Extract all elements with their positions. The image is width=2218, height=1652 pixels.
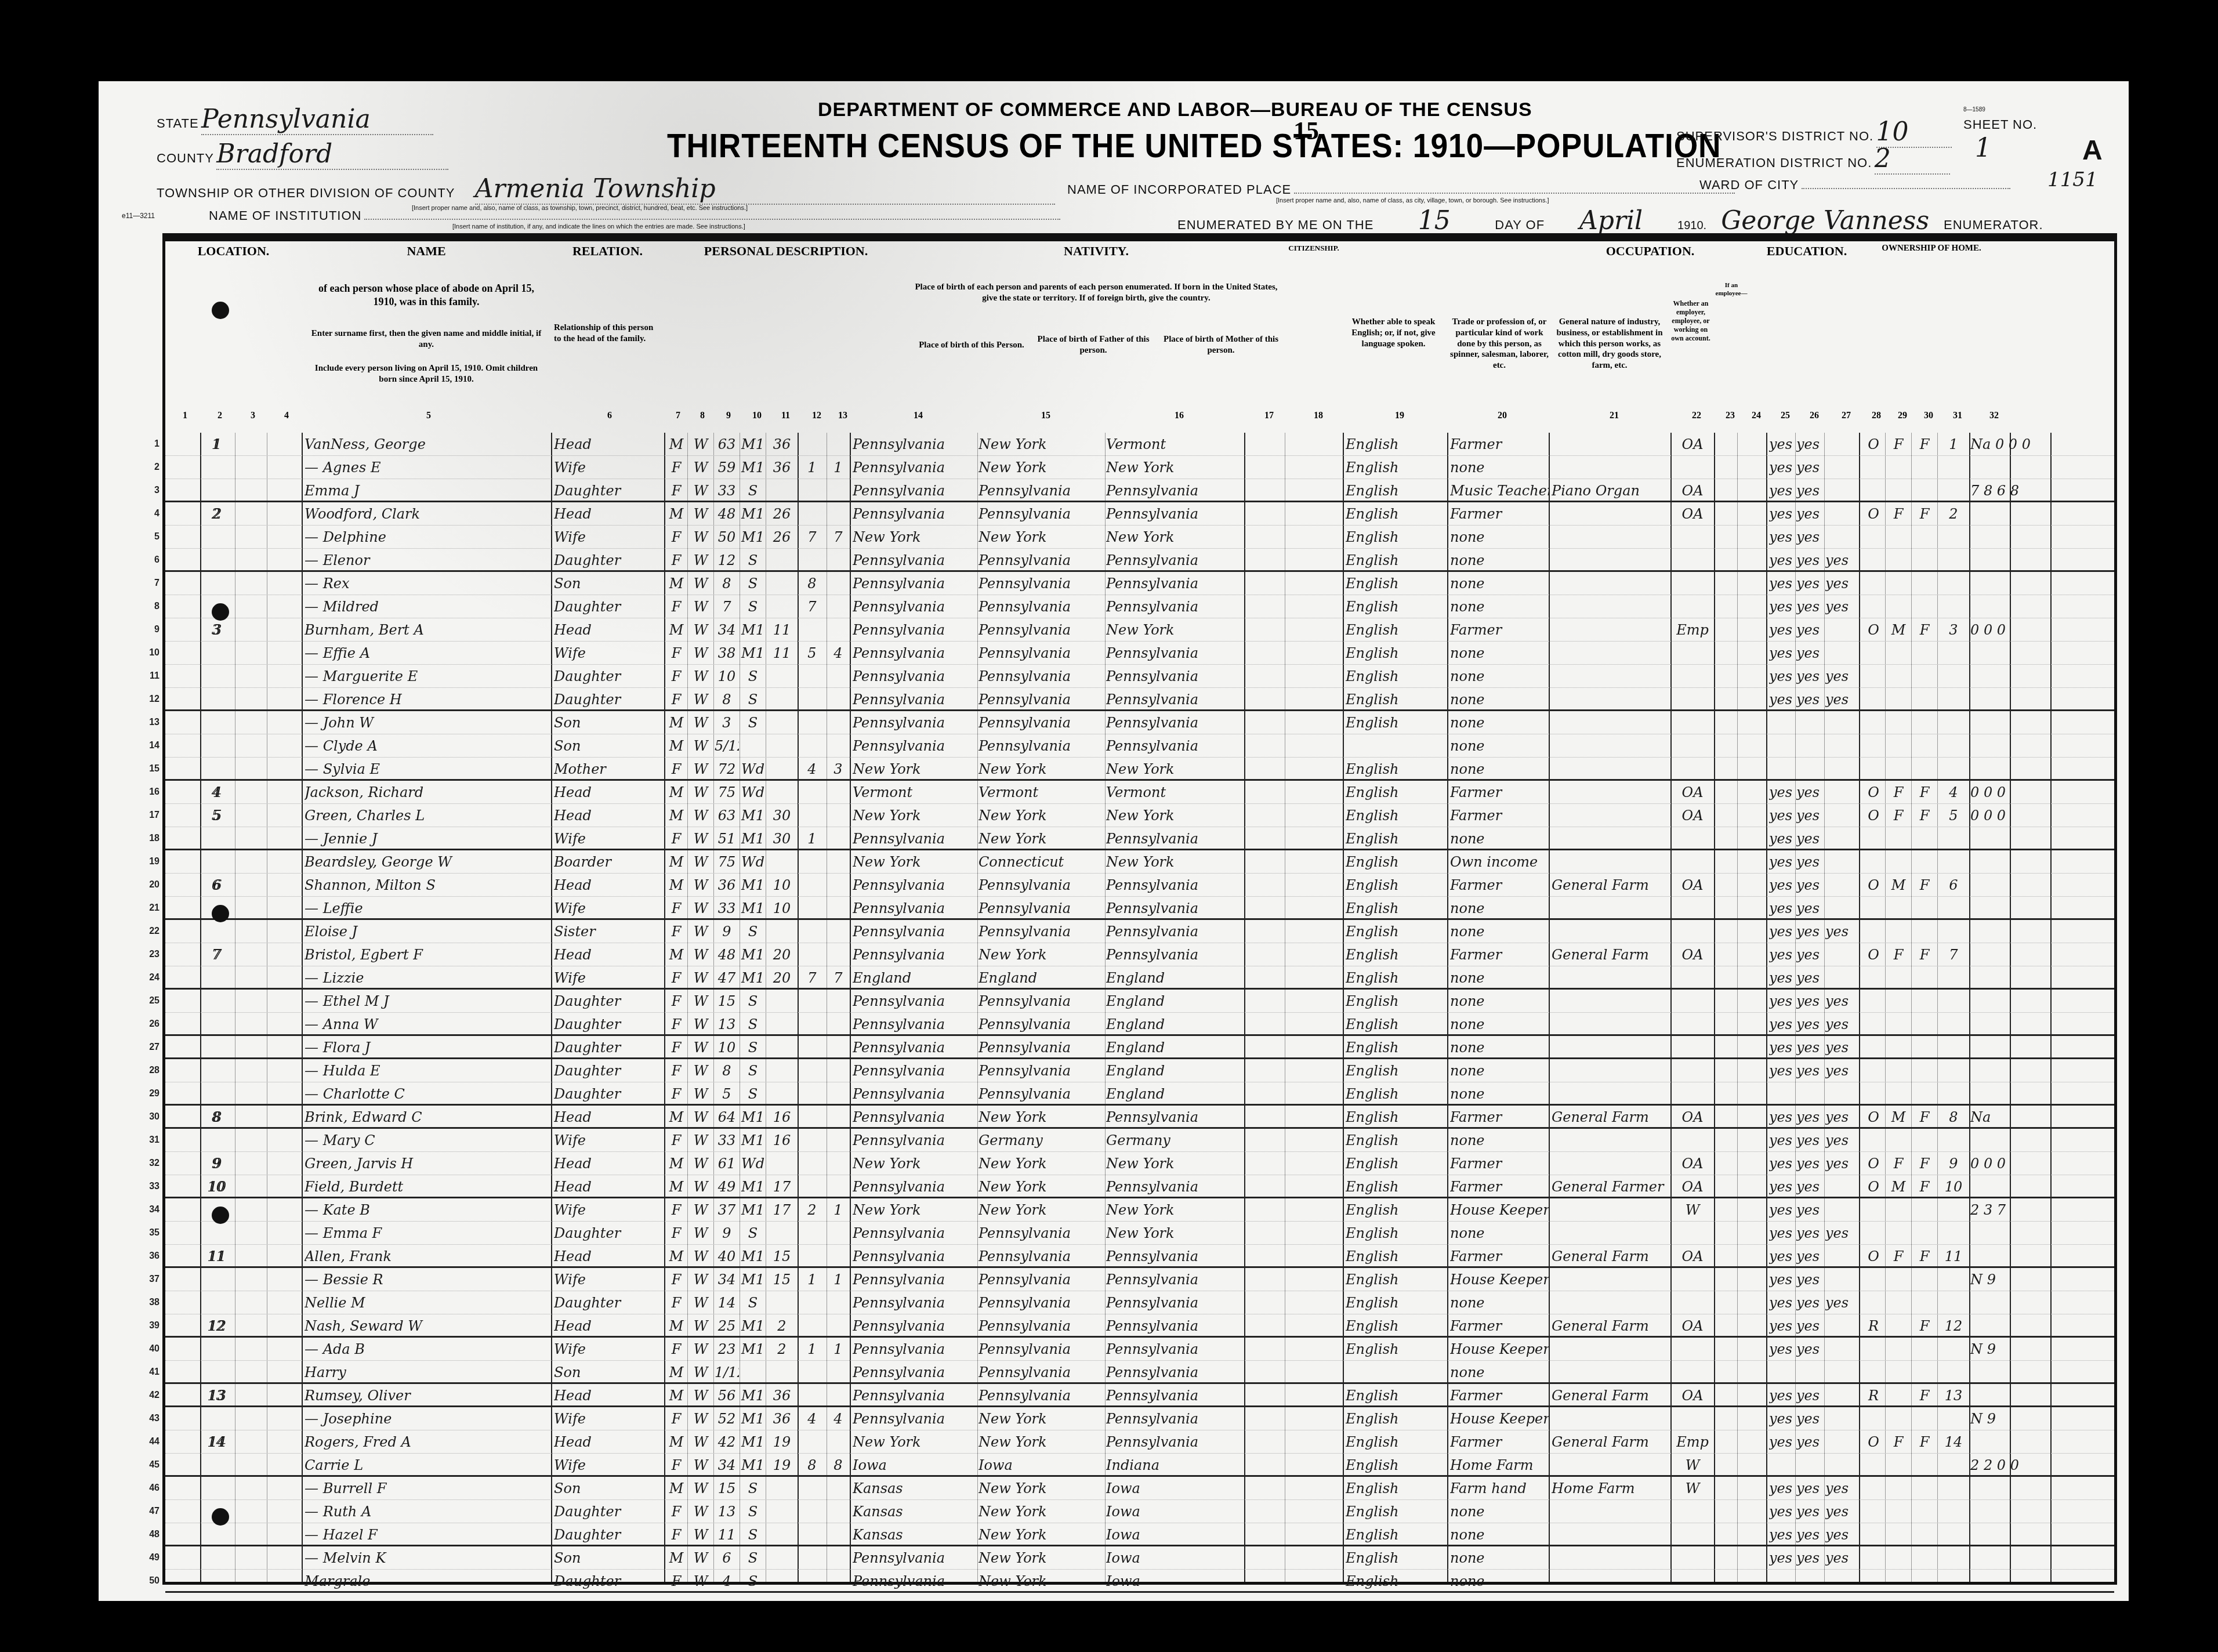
column-number: 16 — [1175, 411, 1184, 421]
cell-born — [799, 433, 825, 453]
census-sheet: State Pennsylvania County Bradford Towns… — [99, 81, 2129, 1601]
table-row: 46— Burrell FSonMW15SKansasNew YorkIowaE… — [165, 1477, 2114, 1500]
cell-sex: F — [665, 920, 687, 940]
cell-read: yes — [1769, 433, 1795, 453]
cell-own — [1862, 1454, 1885, 1474]
cell-marital: M1 — [741, 1268, 765, 1288]
cell-bp: Pennsylvania — [853, 642, 977, 662]
cell-emp — [1672, 595, 1713, 615]
cell-sched — [1939, 1036, 1968, 1056]
cell-industry: General Farm — [1552, 1245, 1670, 1265]
cell-bpf: Pennsylvania — [978, 595, 1103, 615]
cell-family — [200, 1222, 232, 1242]
binder-hole — [212, 302, 229, 319]
cell-born: 8 — [799, 572, 825, 592]
cell-bp: Pennsylvania — [853, 1291, 977, 1312]
cell-own: O — [1862, 502, 1885, 523]
cell-bpf: New York — [978, 1106, 1103, 1126]
cell-bpm: New York — [1106, 758, 1242, 778]
cell-bpm: England — [1106, 1082, 1242, 1103]
cell-read: yes — [1769, 1384, 1795, 1404]
cell-trade: House Keeper — [1450, 1338, 1549, 1358]
cell-own — [1862, 1361, 1885, 1381]
cell-age: 42 — [715, 1430, 739, 1451]
table-row: 11— Marguerite EDaughterFW10SPennsylvani… — [165, 665, 2114, 688]
cell-name: — Melvin K — [305, 1546, 548, 1567]
cell-bpf: Pennsylvania — [978, 1338, 1103, 1358]
cell-sex: F — [665, 1291, 687, 1312]
cell-own: O — [1862, 1106, 1885, 1126]
cell-name: — Anna W — [305, 1013, 548, 1033]
cell-living — [828, 711, 849, 731]
cell-trade: none — [1450, 1500, 1549, 1520]
cell-trade: none — [1450, 734, 1549, 755]
cell-yrs: 2 — [767, 1314, 797, 1335]
cell-farm: F — [1912, 1175, 1937, 1195]
cell-trade: Farmer — [1450, 1106, 1549, 1126]
cell-emp — [1672, 665, 1713, 685]
cell-bpm: England — [1106, 1059, 1242, 1079]
cell-read: yes — [1769, 502, 1795, 523]
cell-trade: House Keeper — [1450, 1268, 1549, 1288]
cell-school: yes — [1825, 1013, 1859, 1033]
cell-sex: F — [665, 966, 687, 987]
cell-race: W — [688, 642, 713, 662]
enumeration-number: 2 — [1875, 144, 1950, 175]
cell-relation: Head — [554, 618, 664, 639]
cell-farm — [1912, 1059, 1937, 1079]
cell-name: Jackson, Richard — [305, 781, 548, 801]
cell-name: — Emma F — [305, 1222, 548, 1242]
cell-yrs: 36 — [767, 433, 797, 453]
cell-free: F — [1887, 804, 1910, 824]
table-row: 421313Rumsey, OliverHeadMW56M136Pennsylv… — [165, 1384, 2114, 1407]
cell-race: W — [688, 549, 713, 569]
cell-sched — [1939, 850, 1968, 871]
cell-emp — [1672, 850, 1713, 871]
cell-living — [828, 433, 849, 453]
cell-bpf: Vermont — [978, 781, 1103, 801]
group-name: NAME — [302, 244, 551, 259]
line-number: 12 — [136, 688, 160, 711]
cell-sex: M — [665, 711, 687, 731]
cell-farm: F — [1912, 502, 1937, 523]
cell-name: Green, Jarvis H — [305, 1152, 548, 1172]
cell-race: W — [688, 1407, 713, 1428]
cell-emp — [1672, 1523, 1713, 1544]
language-header: Whether able to speak English; or, if no… — [1346, 317, 1441, 349]
cell-farm — [1912, 827, 1937, 847]
cell-bpm: Iowa — [1106, 1523, 1242, 1544]
cell-emp — [1672, 549, 1713, 569]
cell-marital — [741, 734, 765, 755]
cell-own — [1862, 1407, 1885, 1428]
cell-farm — [1912, 688, 1937, 708]
cell-family — [200, 1361, 232, 1381]
cell-read: yes — [1769, 526, 1795, 546]
cell-free — [1887, 966, 1910, 987]
cell-farm: F — [1912, 874, 1937, 894]
cell-bpm: Pennsylvania — [1106, 688, 1242, 708]
line-number: 16 — [136, 781, 160, 804]
cell-bpf: New York — [978, 433, 1103, 453]
cell-write — [1796, 758, 1824, 778]
cell-relation: Wife — [554, 1454, 664, 1474]
cell-trade: Farmer — [1450, 943, 1549, 963]
cell-race: W — [688, 595, 713, 615]
cell-lang: English — [1346, 966, 1447, 987]
cell-name: — Leffie — [305, 897, 548, 917]
cell-race: W — [688, 433, 713, 453]
line-number: 6 — [136, 549, 160, 572]
cell-name: — Rex — [305, 572, 548, 592]
cell-bpf: Pennsylvania — [978, 618, 1103, 639]
cell-race: W — [688, 1291, 713, 1312]
cell-race: W — [688, 456, 713, 476]
cell-bp: Kansas — [853, 1477, 977, 1497]
cell-emp — [1672, 758, 1713, 778]
cell-farm — [1912, 595, 1937, 615]
cell-own: O — [1862, 943, 1885, 963]
cell-free — [1887, 572, 1910, 592]
column-number: 25 — [1781, 411, 1790, 421]
cell-bpm: Pennsylvania — [1106, 1338, 1242, 1358]
cell-name: — Effie A — [305, 642, 548, 662]
cell-free — [1887, 1198, 1910, 1219]
cell-living — [828, 990, 849, 1010]
cell-yrs — [767, 990, 797, 1010]
column-number: 7 — [676, 411, 680, 421]
cell-school — [1825, 734, 1859, 755]
cell-yrs: 11 — [767, 642, 797, 662]
cell-living — [828, 1500, 849, 1520]
cell-sched — [1939, 1523, 1968, 1544]
cell-farm — [1912, 1036, 1937, 1056]
cell-school — [1825, 1338, 1859, 1358]
cell-industry — [1552, 549, 1670, 569]
cell-industry — [1552, 1570, 1670, 1590]
cell-yrs — [767, 595, 797, 615]
cell-trade: none — [1450, 688, 1549, 708]
cell-marital: S — [741, 549, 765, 569]
cell-family: 13 — [200, 1384, 232, 1404]
cell-industry — [1552, 502, 1670, 523]
cell-bpm: Pennsylvania — [1106, 874, 1242, 894]
cell-bpm: England — [1106, 966, 1242, 987]
cell-write: yes — [1796, 966, 1824, 987]
cell-marital: M1 — [741, 642, 765, 662]
cell-read: yes — [1769, 1175, 1795, 1195]
cell-living: 8 — [828, 1454, 849, 1474]
cell-born — [799, 688, 825, 708]
cell-own — [1862, 850, 1885, 871]
enumerator-label: Enumerator. — [1944, 218, 2043, 232]
cell-born — [799, 1245, 825, 1265]
cell-marital: S — [741, 1523, 765, 1544]
table-row: 441414Rogers, Fred AHeadMW42M119New York… — [165, 1430, 2114, 1454]
cell-school — [1825, 850, 1859, 871]
cell-industry — [1552, 1082, 1670, 1103]
cell-farm — [1912, 526, 1937, 546]
cell-age: 75 — [715, 781, 739, 801]
cell-sex: M — [665, 804, 687, 824]
cell-bpf: Pennsylvania — [978, 990, 1103, 1010]
table-row: 10— Effie AWifeFW38M11154PennsylvaniaPen… — [165, 642, 2114, 665]
column-number: 28 — [1872, 411, 1881, 421]
cell-sex: F — [665, 1523, 687, 1544]
cell-bpf: New York — [978, 1570, 1103, 1590]
cell-codes: 0 0 0 — [1970, 1152, 2110, 1172]
cell-bpm: Pennsylvania — [1106, 920, 1242, 940]
cell-race: W — [688, 897, 713, 917]
cell-family — [200, 1546, 232, 1567]
cell-industry: General Farm — [1552, 943, 1670, 963]
column-number: 2 — [218, 411, 222, 421]
cell-bp: Pennsylvania — [853, 688, 977, 708]
cell-race: W — [688, 1384, 713, 1404]
cell-race: W — [688, 1314, 713, 1335]
cell-bpm: Pennsylvania — [1106, 502, 1242, 523]
county-label: County — [157, 151, 214, 165]
cell-living — [828, 781, 849, 801]
cell-farm — [1912, 642, 1937, 662]
cell-sex: F — [665, 688, 687, 708]
cell-trade: Farm hand — [1450, 1477, 1549, 1497]
cell-own — [1862, 595, 1885, 615]
cell-marital: S — [741, 1222, 765, 1242]
cell-own — [1862, 1036, 1885, 1056]
cell-sex: F — [665, 1500, 687, 1520]
cell-bpm: New York — [1106, 526, 1242, 546]
cell-farm — [1912, 1338, 1937, 1358]
table-row: 50MargraleDaughterFW4SPennsylvaniaNew Yo… — [165, 1570, 2114, 1593]
cell-living — [828, 874, 849, 894]
cell-school: yes — [1825, 1477, 1859, 1497]
cell-name: Field, Burdett — [305, 1175, 548, 1195]
cell-family: 1 — [200, 433, 232, 453]
column-number: 3 — [251, 411, 255, 421]
cell-race: W — [688, 1454, 713, 1474]
column-number: 21 — [1610, 411, 1619, 421]
cell-marital: M1 — [741, 618, 765, 639]
cell-bp: Pennsylvania — [853, 1570, 977, 1590]
cell-bp: Pennsylvania — [853, 1268, 977, 1288]
cell-school — [1825, 781, 1859, 801]
cell-age: 63 — [715, 433, 739, 453]
cell-yrs: 16 — [767, 1106, 797, 1126]
cell-read: yes — [1769, 1523, 1795, 1544]
cell-sched: 10 — [1939, 1175, 1968, 1195]
cell-lang: English — [1346, 1570, 1447, 1590]
cell-farm: F — [1912, 804, 1937, 824]
cell-school — [1825, 1245, 1859, 1265]
cell-farm — [1912, 1198, 1937, 1219]
cell-bpf: Pennsylvania — [978, 642, 1103, 662]
cell-bpf: Pennsylvania — [978, 1291, 1103, 1312]
cell-school — [1825, 758, 1859, 778]
cell-industry — [1552, 1291, 1670, 1312]
column-number: 15 — [1041, 411, 1050, 421]
cell-school — [1825, 1198, 1859, 1219]
cell-family — [200, 1338, 232, 1358]
cell-write: yes — [1796, 1523, 1824, 1544]
table-row: 22Eloise JSisterFW9SPennsylvaniaPennsylv… — [165, 920, 2114, 943]
cell-sex: F — [665, 665, 687, 685]
cell-industry — [1552, 526, 1670, 546]
column-number: 11 — [781, 411, 790, 421]
cell-codes — [1970, 549, 2110, 569]
cell-free — [1887, 642, 1910, 662]
cell-family — [200, 665, 232, 685]
cell-bpm: Iowa — [1106, 1477, 1242, 1497]
cell-sched — [1939, 1570, 1968, 1590]
cell-family: 2 — [200, 502, 232, 523]
table-row: 47— Ruth ADaughterFW13SKansasNew YorkIow… — [165, 1500, 2114, 1523]
cell-read: yes — [1769, 572, 1795, 592]
cell-yrs: 15 — [767, 1245, 797, 1265]
cell-age: 10 — [715, 665, 739, 685]
cell-free — [1887, 990, 1910, 1010]
cell-free — [1887, 1059, 1910, 1079]
table-row: 38Nellie MDaughterFW14SPennsylvaniaPenns… — [165, 1291, 2114, 1314]
cell-relation: Boarder — [554, 850, 664, 871]
incorporated-place-field: Name of incorporated place [Insert prope… — [1067, 180, 1735, 204]
cell-living: 1 — [828, 1198, 849, 1219]
cell-bp: Pennsylvania — [853, 433, 977, 453]
cell-sex: F — [665, 1407, 687, 1428]
cell-emp — [1672, 1570, 1713, 1590]
cell-relation: Mother — [554, 758, 664, 778]
cell-yrs — [767, 479, 797, 499]
cell-yrs — [767, 1013, 797, 1033]
cell-bpm: England — [1106, 990, 1242, 1010]
cell-marital: S — [741, 479, 765, 499]
cell-family — [200, 711, 232, 731]
cell-free: M — [1887, 874, 1910, 894]
cell-emp — [1672, 1036, 1713, 1056]
cell-yrs: 17 — [767, 1175, 797, 1195]
cell-name: — John W — [305, 711, 548, 731]
ward-label: Ward of city — [1699, 177, 1799, 192]
cell-read — [1769, 711, 1795, 731]
cell-sched — [1939, 758, 1968, 778]
cell-living — [828, 1013, 849, 1033]
cell-read: yes — [1769, 618, 1795, 639]
cell-sex: F — [665, 1082, 687, 1103]
cell-industry: General Farm — [1552, 1384, 1670, 1404]
cell-write — [1796, 734, 1824, 755]
cell-lang: English — [1346, 665, 1447, 685]
cell-relation: Head — [554, 1430, 664, 1451]
cell-industry — [1552, 456, 1670, 476]
cell-name: — Jennie J — [305, 827, 548, 847]
line-number: 31 — [136, 1129, 160, 1152]
cell-trade: Farmer — [1450, 1175, 1549, 1195]
cell-bpf: Pennsylvania — [978, 688, 1103, 708]
cell-write: yes — [1796, 1477, 1824, 1497]
cell-read: yes — [1769, 1059, 1795, 1079]
cell-age: 51 — [715, 827, 739, 847]
cell-family — [200, 1477, 232, 1497]
cell-bp: Pennsylvania — [853, 1245, 977, 1265]
cell-emp — [1672, 1268, 1713, 1288]
cell-bpf: Pennsylvania — [978, 1013, 1103, 1033]
cell-own — [1862, 688, 1885, 708]
cell-bpf: Pennsylvania — [978, 549, 1103, 569]
cell-bp: England — [853, 966, 977, 987]
cell-marital: M1 — [741, 1314, 765, 1335]
cell-yrs: 17 — [767, 1198, 797, 1219]
cell-living — [828, 572, 849, 592]
cell-family: 6 — [200, 874, 232, 894]
cell-sex: F — [665, 758, 687, 778]
cell-emp: W — [1672, 1477, 1713, 1497]
cell-bpf: Pennsylvania — [978, 502, 1103, 523]
cell-school — [1825, 526, 1859, 546]
cell-farm — [1912, 1222, 1937, 1242]
cell-race: W — [688, 874, 713, 894]
cell-school — [1825, 711, 1859, 731]
cell-sched: 8 — [1939, 1106, 1968, 1126]
cell-bp: Pennsylvania — [853, 1338, 977, 1358]
cell-industry — [1552, 1338, 1670, 1358]
cell-write: yes — [1796, 1430, 1824, 1451]
column-number: 24 — [1752, 411, 1761, 421]
cell-age: 8 — [715, 572, 739, 592]
cell-school: yes — [1825, 1291, 1859, 1312]
cell-sched: 6 — [1939, 874, 1968, 894]
cell-lang: English — [1346, 1036, 1447, 1056]
cell-living — [828, 804, 849, 824]
cell-name: Rogers, Fred A — [305, 1430, 548, 1451]
column-number: 14 — [914, 411, 923, 421]
line-number: 18 — [136, 827, 160, 850]
cell-emp: OA — [1672, 1245, 1713, 1265]
cell-age: 52 — [715, 1407, 739, 1428]
cell-marital: S — [741, 1291, 765, 1312]
cell-farm: F — [1912, 781, 1937, 801]
table-row: 422Woodford, ClarkHeadMW48M126Pennsylvan… — [165, 502, 2114, 526]
cell-read: yes — [1769, 781, 1795, 801]
cell-yrs: 26 — [767, 526, 797, 546]
cell-race: W — [688, 827, 713, 847]
cell-race: W — [688, 1036, 713, 1056]
cell-school: yes — [1825, 665, 1859, 685]
cell-trade: none — [1450, 1059, 1549, 1079]
cell-industry — [1552, 1361, 1670, 1381]
cell-name: — Kate B — [305, 1198, 548, 1219]
cell-sched — [1939, 549, 1968, 569]
cell-race: W — [688, 1245, 713, 1265]
cell-read — [1769, 1454, 1795, 1474]
table-row: 49— Melvin KSonMW6SPennsylvaniaNew YorkI… — [165, 1546, 2114, 1570]
cell-lang: English — [1346, 1245, 1447, 1265]
cell-sex: F — [665, 1059, 687, 1079]
cell-write: yes — [1796, 874, 1824, 894]
cell-farm — [1912, 1268, 1937, 1288]
cell-write: yes — [1796, 827, 1824, 847]
cell-age: 34 — [715, 618, 739, 639]
cell-write: yes — [1796, 1152, 1824, 1172]
cell-name: Woodford, Clark — [305, 502, 548, 523]
cell-free: F — [1887, 781, 1910, 801]
cell-marital: S — [741, 1013, 765, 1033]
cell-relation: Daughter — [554, 1222, 664, 1242]
cell-sex: F — [665, 642, 687, 662]
cell-bp: Pennsylvania — [853, 920, 977, 940]
cell-sex: M — [665, 734, 687, 755]
cell-yrs: 36 — [767, 1407, 797, 1428]
